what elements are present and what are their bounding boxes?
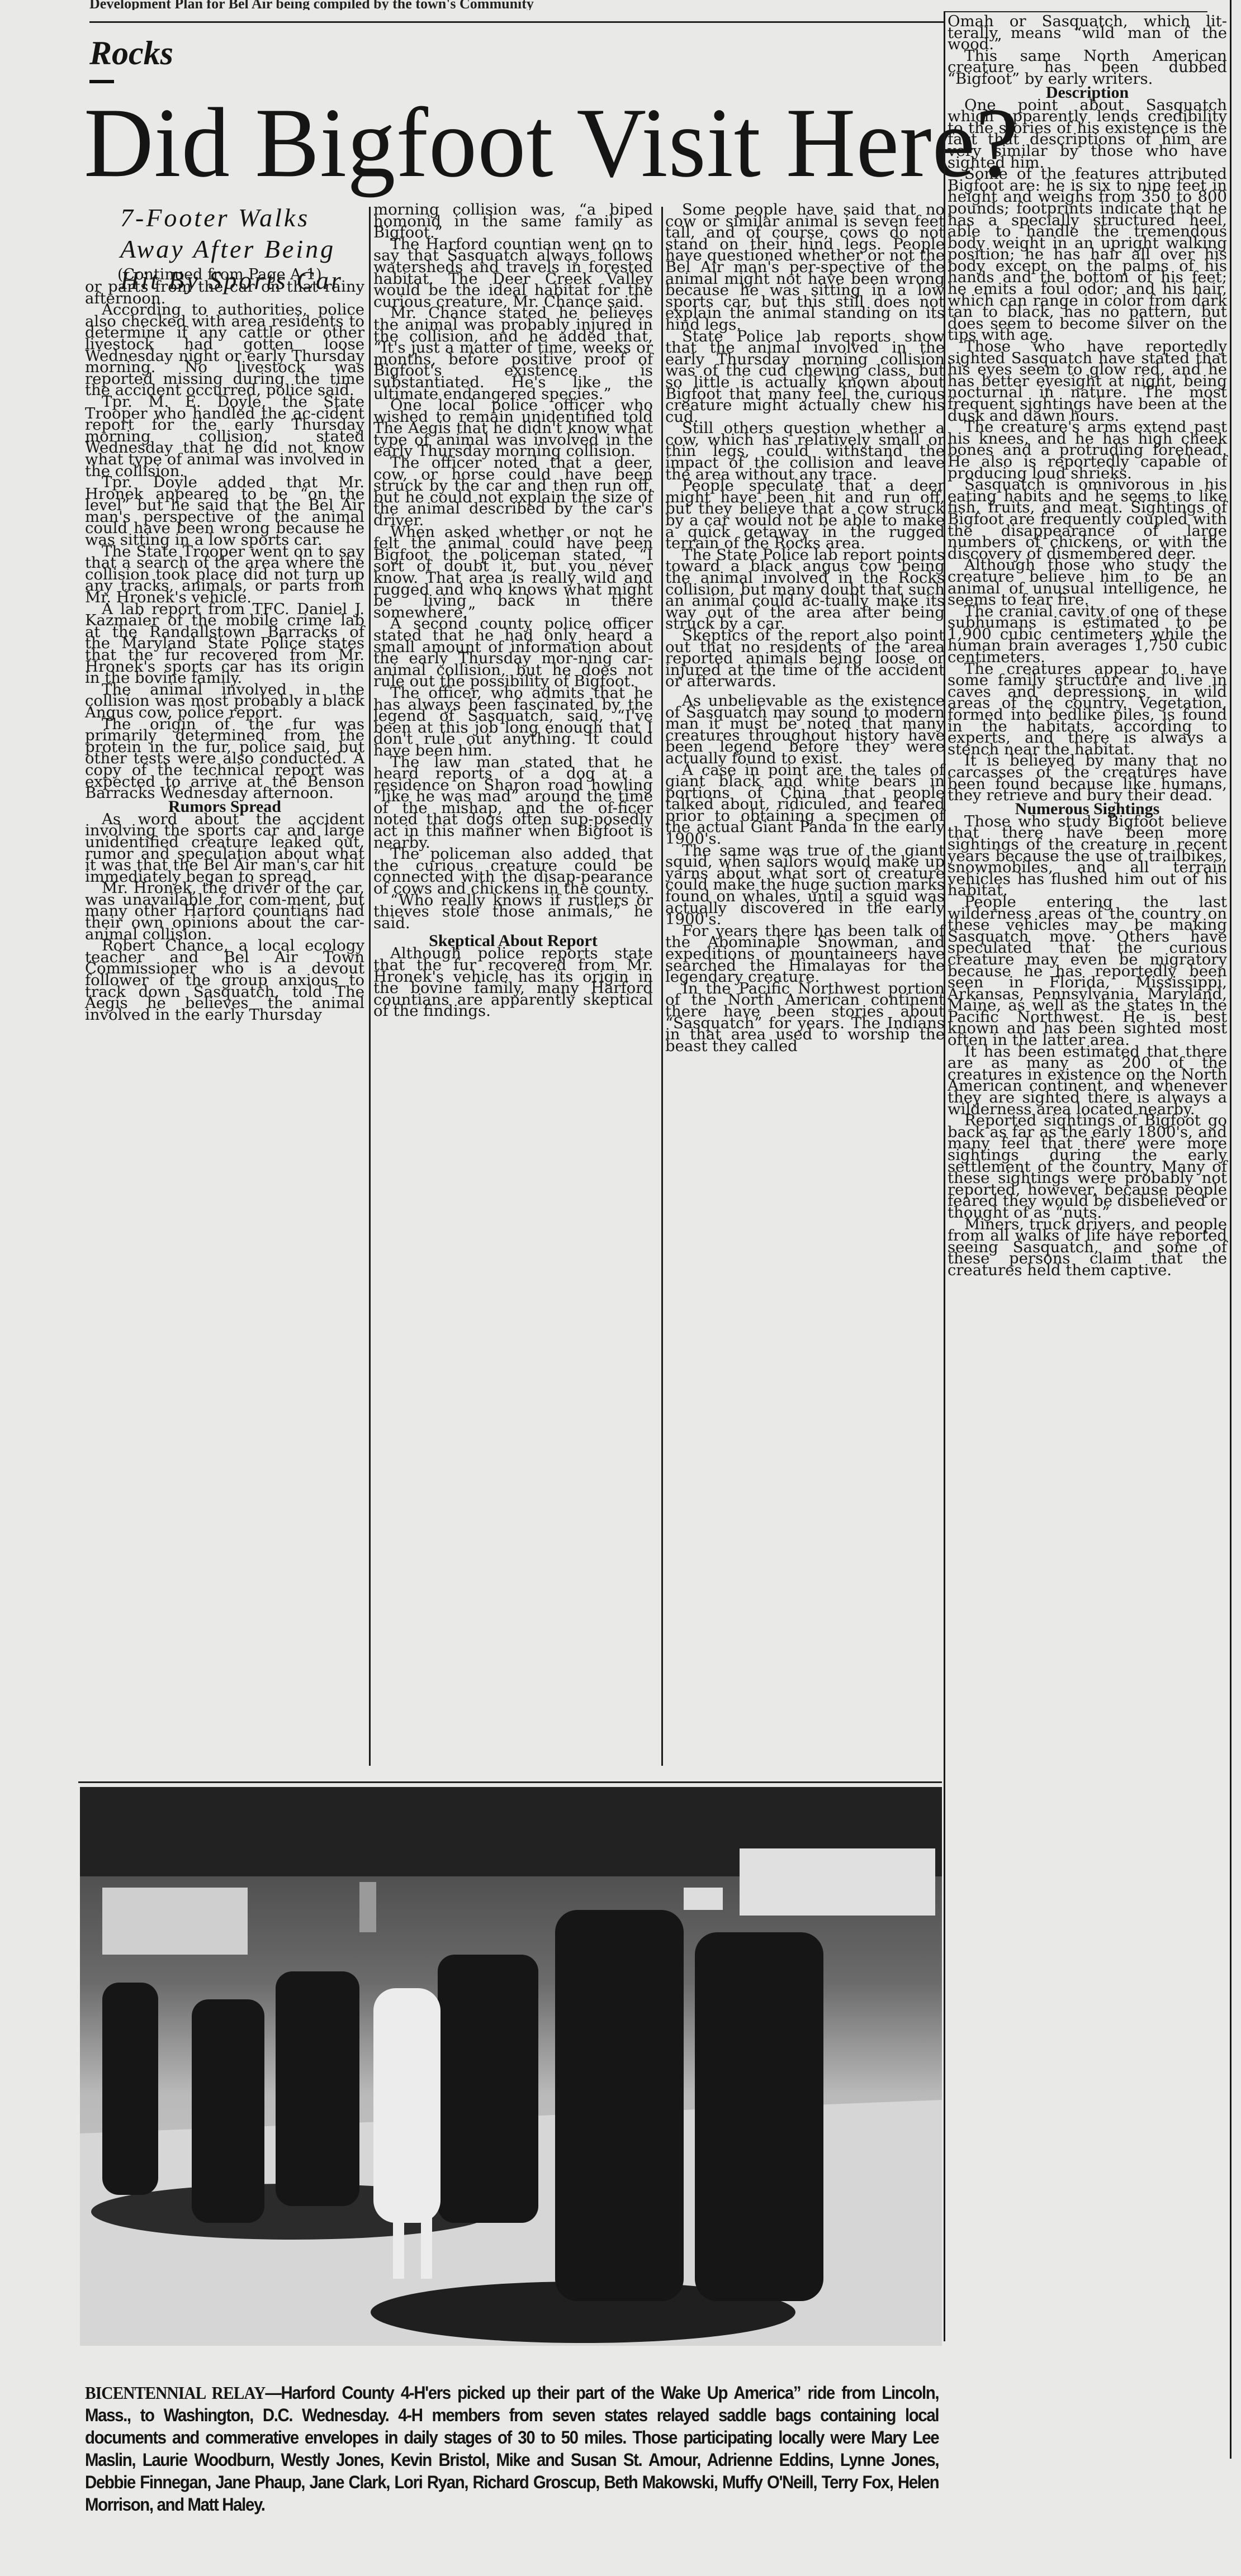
paragraph: The animal involved in the collision was…: [85, 684, 364, 719]
caption-lead: BICENTENNIAL RELAY: [85, 2383, 265, 2403]
paragraph: According to authorities, police also ch…: [85, 304, 364, 396]
paragraph: Skeptics of the report also point out th…: [665, 630, 945, 687]
paragraph: Although police reports state that the f…: [373, 948, 653, 1017]
paragraph: Some people have said that no cow or sim…: [665, 204, 945, 331]
paragraph: Omah or Sasquatch, which lit-terally mea…: [948, 16, 1227, 50]
paragraph: It has been estimated that there are as …: [948, 1046, 1227, 1115]
column-divider: [944, 11, 945, 2341]
paragraph: The officer, who admits that he has alwa…: [373, 687, 653, 757]
paragraph: Those who have reportedly sighted Sasqua…: [948, 341, 1227, 421]
article-column-1: or parts from the car on that rainy afte…: [85, 281, 364, 1020]
paragraph: When asked whether or not he felt the an…: [373, 526, 653, 619]
top-divider: [89, 21, 945, 23]
paragraph: It is believed by many that no carcasses…: [948, 755, 1227, 801]
column-divider: [661, 207, 663, 1766]
paragraph: Miners, truck drivers, and people from a…: [948, 1219, 1227, 1276]
paragraph: The policeman also added that the curiou…: [373, 848, 653, 894]
paragraph: The Harford countian went on to say that…: [373, 239, 653, 308]
article-column-4: Omah or Sasquatch, which lit-terally mea…: [948, 16, 1227, 1276]
paragraph: State Police lab reports show that the a…: [665, 331, 945, 423]
paragraph: The cranial cavity of one of these subhu…: [948, 606, 1227, 663]
paragraph: Mr. Chance stated he believes the animal…: [373, 307, 653, 400]
paragraph: Tpr. Doyle added that Mr. Hronek appeare…: [85, 477, 364, 546]
paragraph: As word about the accident involving the…: [85, 814, 364, 883]
paragraph: The law man stated that he heard reports…: [373, 757, 653, 849]
paragraph: Sasquatch is omnivorous in his eating ha…: [948, 479, 1227, 559]
paragraph: Mr. Hronek, the driver of the car, was u…: [85, 882, 364, 940]
paragraph: People speculate that a deer might have …: [665, 480, 945, 549]
headline: Did Bigfoot Visit Here?: [84, 95, 919, 190]
paragraph: The same was true of the giant squid, wh…: [665, 845, 945, 925]
paragraph: morning collision was, “a biped homonid …: [373, 204, 653, 239]
article-column-3: Some people have said that no cow or sim…: [665, 204, 945, 1052]
adjacent-article-fragment: [1233, 0, 1241, 2576]
paragraph: The creatures appear to have some family…: [948, 663, 1227, 755]
photo-top-rule: [78, 1781, 942, 1783]
previous-article-fragment: Development Plan for Bel Air being compi…: [89, 0, 648, 10]
paragraph: This same North American creature has be…: [948, 50, 1227, 85]
paragraph: Those who study Bigfoot believe that the…: [948, 816, 1227, 896]
paragraph: A lab report from TFC. Daniel J. Kazmaie…: [85, 603, 364, 684]
column-divider-right: [1230, 0, 1231, 2459]
photo-bicentennial-relay: [80, 1787, 942, 2346]
paragraph: Although those who study the creature be…: [948, 559, 1227, 605]
paragraph: As unbelievable as the existence of Sasq…: [665, 695, 945, 764]
paragraph: The State Trooper went on to say that a …: [85, 546, 364, 603]
horse-riders-photo-icon: [80, 1787, 942, 2346]
kicker-underline: [89, 80, 114, 83]
paragraph: For years there has been talk of the Abo…: [665, 925, 945, 983]
paragraph: Reported sightings of Bigfoot go back as…: [948, 1115, 1227, 1218]
paragraph: In the Pacific Northwest portion of the …: [665, 983, 945, 1052]
paragraph: “Who really knows if rustlers or thieves…: [373, 895, 653, 929]
photo-caption: BICENTENNIAL RELAY—Harford County 4-H'er…: [85, 2382, 939, 2516]
paragraph: The State Police lab report points towar…: [665, 549, 945, 630]
paragraph: The origin of the fur was primarily dete…: [85, 719, 364, 799]
newspaper-page: Development Plan for Bel Air being compi…: [0, 0, 1241, 2576]
paragraph: Robert Chance, a local ecology teacher a…: [85, 940, 364, 1020]
paragraph: One local police officer who wished to r…: [373, 400, 653, 457]
paragraph: Tpr. M. E. Doyle, the State Trooper who …: [85, 396, 364, 477]
paragraph: One point about Sasquatch which apparent…: [948, 99, 1227, 169]
article-column-2: morning collision was, “a biped homonid …: [373, 204, 653, 1017]
column-divider: [369, 207, 371, 1766]
paragraph: People entering the last wilderness area…: [948, 896, 1227, 1046]
paragraph: The creature's arms extend past his knee…: [948, 421, 1227, 479]
section-kicker: Rocks: [89, 34, 173, 73]
paragraph: Some of the features attributed Bigfoot …: [948, 168, 1227, 341]
paragraph: A case in point are the tales of giant b…: [665, 764, 945, 845]
paragraph: The officer noted that a deer, cow, or h…: [373, 457, 653, 526]
paragraph: A second county police officer stated th…: [373, 618, 653, 687]
paragraph: Still others question whether a cow, whi…: [665, 422, 945, 480]
